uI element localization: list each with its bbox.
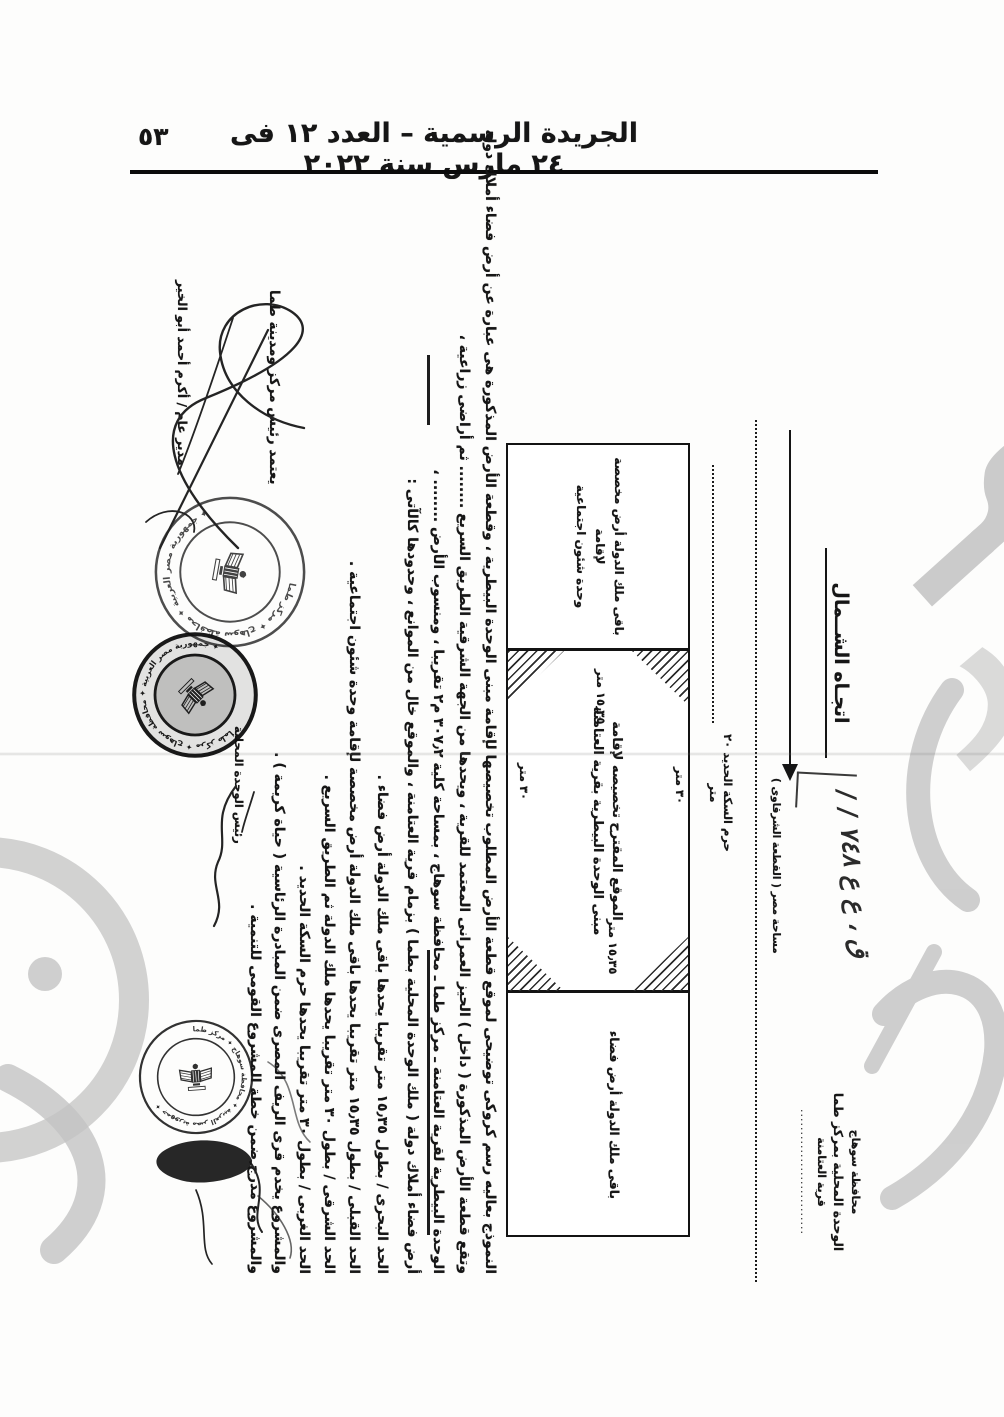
north-direction-label: اتجـاه الشــمال xyxy=(825,548,852,758)
railway-boundary-dotted-line xyxy=(755,420,757,1282)
hatch-corner-top-right xyxy=(632,937,688,991)
watermark-dot xyxy=(28,957,62,991)
scan-crease-artifact xyxy=(0,752,1004,756)
approval-signature-label: يعتمد رئيس مركز ومدينة طما xyxy=(266,290,282,484)
body-line: وتقع قطعة الأرض المذكورة ( داخل ) الحيز … xyxy=(456,335,472,1274)
dimension-bottom: ٣٠ متر xyxy=(517,763,531,800)
body-line: النموذج بعاليه رسم كروكى توضيحى لموقع قط… xyxy=(482,129,498,1274)
letterhead-local-unit: الوحدة المحلية بمركز طما xyxy=(830,1072,847,1272)
eagle-stamp-lower: جمهورية مصر العربية ✦ محافظة سوهاج ✦ مرك… xyxy=(133,1014,259,1140)
letterhead-dotted-line: ............................ xyxy=(796,1072,813,1272)
diagram-left-cell: باقى ملك الدولة أرض مخصصة لإقامة وحدة شئ… xyxy=(571,445,628,648)
plot-diagram: باقى ملك الدولة أرض مخصصة لإقامة وحدة شئ… xyxy=(506,443,690,1237)
body-line: الوحدة البيطرية لقرية العتامنة ـ مركز طم… xyxy=(430,469,446,1274)
underline-segment-left xyxy=(427,355,430,425)
north-arrow-line xyxy=(789,430,791,768)
body-line-initiative: والمشروع يخدم قرى الريف المصرى ضمن المبا… xyxy=(271,752,287,1274)
body-line-boundary-east: الحد الشرقى / بطول ٣٠ متر تقريبا يحدها م… xyxy=(321,775,337,1274)
dimension-left: ١٥٫٣٥ متر xyxy=(594,669,608,724)
gazette-page-number: ٥٣ xyxy=(138,122,169,151)
letterhead-block: محافظة سوهاج الوحدة المحلية بمركز طما قر… xyxy=(796,1072,864,1272)
header-rule xyxy=(130,170,878,174)
letterhead-governorate: محافظة سوهاج xyxy=(847,1072,864,1272)
underline-segment-right xyxy=(427,950,430,1235)
survey-office-note: مساحة مصر ( القطعة الشرقاوى ) xyxy=(770,778,782,954)
dimension-right: ١٥٫٣٥ متر xyxy=(606,919,620,974)
body-line-boundary-west: الحد الغربى / بطول ٣٠ متر تقريبا يحدها ح… xyxy=(296,865,312,1274)
diagram-right-cell: باقى ملك الدولة أرض فضاء xyxy=(605,995,624,1235)
body-line: أرض فضاء أملاك دولة ( ملك الوحدة المحلية… xyxy=(404,478,420,1274)
left-cell-line1: باقى ملك الدولة أرض مخصصة لإقامة xyxy=(590,445,628,648)
handwritten-bracket-mark xyxy=(795,771,857,810)
right-cell-line1: باقى ملك الدولة أرض فضاء xyxy=(605,995,624,1235)
letterhead-village: قرية العتامنة xyxy=(813,1072,830,1272)
director-signature-label: مدير عام / أكرم أحمد أبو الخير xyxy=(175,280,190,466)
left-cell-line2: وحدة شئون اجتماعية xyxy=(571,445,590,648)
railway-inner-dotted-line xyxy=(712,465,714,723)
hatch-corner-top-left xyxy=(632,651,688,705)
body-line-boundary-south: الحد القبلى / بطول ١٥٫٣٥ متر تقريبا يحده… xyxy=(346,561,362,1274)
hatch-corner-bottom-right xyxy=(508,937,564,991)
handwritten-parcel-annotation: ق ، ع ع ٧٤٨ / / xyxy=(832,789,876,959)
hatch-corner-bottom-left xyxy=(508,651,564,705)
gazette-page: المـ ر الجريدة الرسمية – العدد ١٢ فى ٢٤ … xyxy=(0,0,1004,1417)
body-line-boundary-north: الحد البحرى / بطول ١٥٫٣٥ متر تقريبا يحده… xyxy=(374,775,390,1274)
railway-strip-label: حرم السكة الحديد ٢٠ متر xyxy=(707,728,735,858)
dimension-top: ٣٠ متر xyxy=(673,767,687,804)
